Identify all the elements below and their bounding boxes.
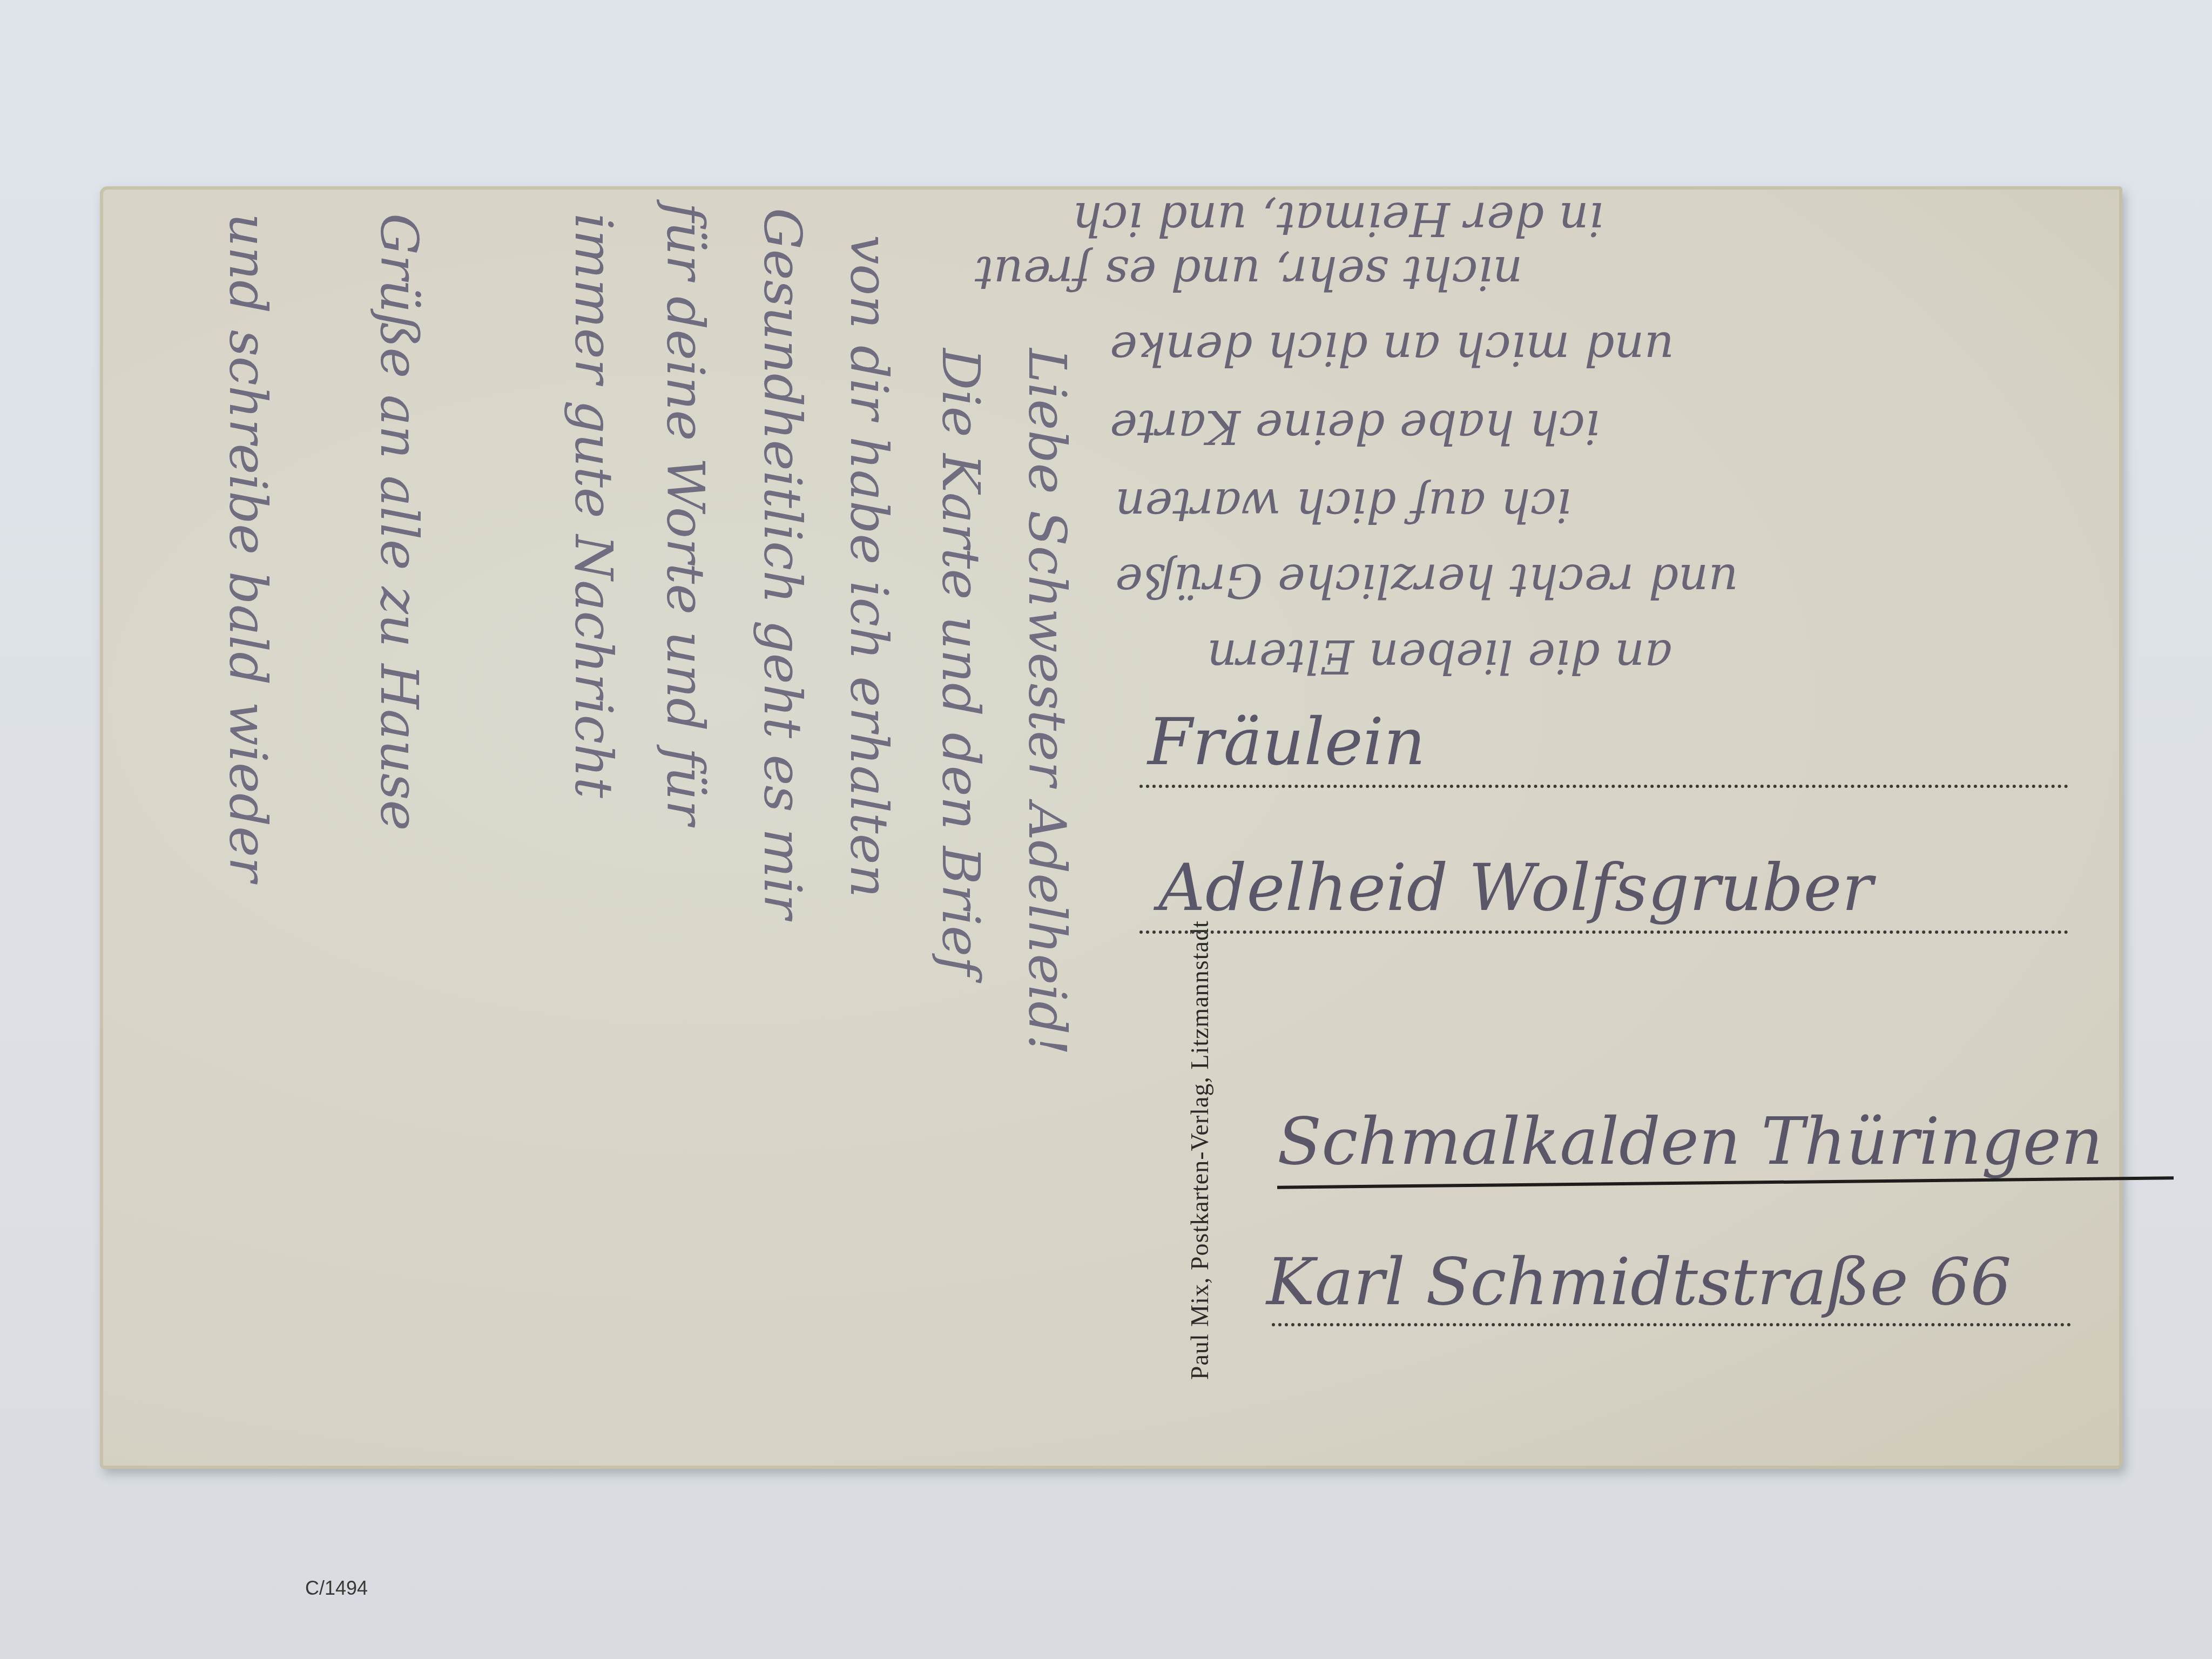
- message-line: immer gute Nachricht: [563, 213, 624, 798]
- address-dotted-line: [1272, 1323, 2071, 1326]
- address-line-3: Schmalkalden Thüringen: [1277, 1104, 2103, 1179]
- message-line-upside-down: ich auf dich warten: [1115, 478, 1572, 532]
- address-dotted-line: [1139, 930, 2068, 934]
- address-line-4: Karl Schmidtstraße 66: [1266, 1245, 2012, 1320]
- address-dotted-line: [1139, 785, 2068, 788]
- message-line: und schreibe bald wieder: [218, 213, 278, 882]
- serial-number: C/1494: [305, 1577, 368, 1600]
- message-line: Grüße an alle zu Hause: [369, 213, 429, 831]
- message-line-upside-down: an die lieben Eltern: [1207, 629, 1673, 683]
- message-line-upside-down: und recht herzliche Grüße: [1115, 554, 1738, 608]
- message-line: Gesundheitlich geht es mir: [752, 208, 813, 919]
- message-line: für deine Worte und für: [655, 203, 716, 825]
- message-line-upside-down: und mich an dich denke: [1110, 321, 1674, 375]
- address-line-1: Fräulein: [1148, 705, 1426, 780]
- message-line-upside-down: ich habe deine Karte: [1110, 400, 1600, 454]
- message-line: Liebe Schwester Adelheid!: [1017, 348, 1077, 1055]
- publisher-imprint: Paul Mix, Postkarten-Verlag, Litzmannsta…: [1185, 920, 1214, 1380]
- message-line-upside-down: in der Heimat, und ich: [1072, 192, 1603, 246]
- postcard: Liebe Schwester Adelheid! Die Karte und …: [100, 186, 2122, 1469]
- message-line: von dir habe ich erhalten: [839, 235, 899, 898]
- message-line: Die Karte und den Brief: [930, 348, 991, 975]
- message-line-upside-down: nicht sehr, und es freut: [975, 246, 1522, 300]
- address-line-2: Adelheid Wolfsgruber: [1158, 851, 1873, 926]
